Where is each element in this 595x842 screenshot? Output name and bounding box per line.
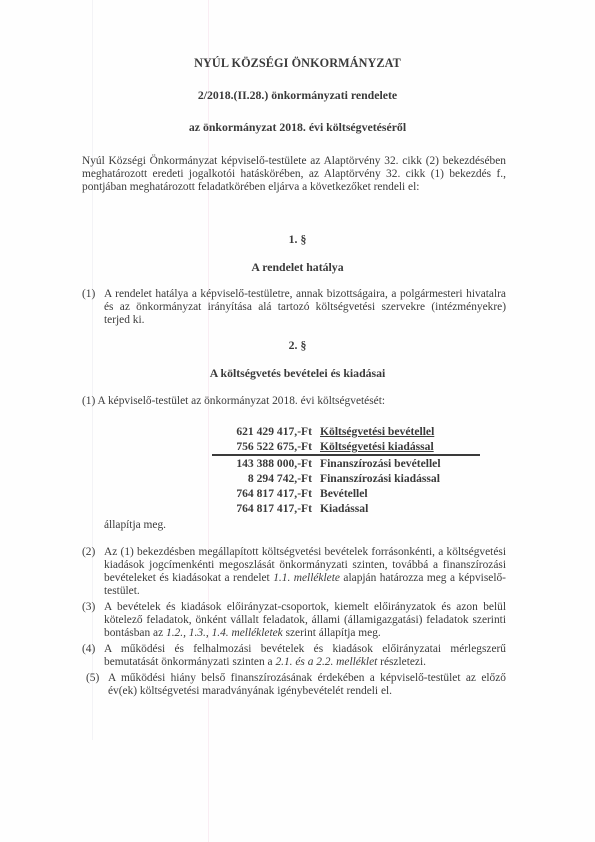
section-2-number: 2. § xyxy=(0,338,595,353)
budget-amount: 756 522 675,-Ft xyxy=(212,439,312,454)
paragraph-text: A működési és felhalmozási bevételek és … xyxy=(104,643,506,669)
paragraph-marker: (4) xyxy=(82,643,95,656)
budget-label: Bevétellel xyxy=(320,486,368,501)
budget-amount: 764 817 417,-Ft xyxy=(212,501,312,516)
budget-label: Kiadással xyxy=(320,501,368,516)
paragraph-1-1: (1) A rendelet hatálya a képviselő-testü… xyxy=(82,288,506,327)
paragraph-2-3: (3) A bevételek és kiadások előirányzat-… xyxy=(82,601,506,640)
annex-reference: 1.1. melléklete xyxy=(273,572,340,584)
budget-label: Finanszírozási bevétellel xyxy=(320,456,441,471)
paragraph-2-4: (4) A működési és felhalmozási bevételek… xyxy=(82,643,506,669)
paragraph-text: A bevételek és kiadások előirányzat-csop… xyxy=(104,601,506,640)
budget-table: 621 429 417,-FtKöltségvetési bevétellel7… xyxy=(212,424,480,516)
paragraph-marker: (3) xyxy=(82,601,95,614)
budget-label: Finanszírozási kiadással xyxy=(320,471,440,486)
budget-amount: 621 429 417,-Ft xyxy=(212,424,312,439)
paragraph-marker: (1) xyxy=(82,288,95,301)
issuer-title: NYÚL KÖZSÉGI ÖNKORMÁNYZAT xyxy=(0,56,595,71)
budget-label: Költségvetési kiadással xyxy=(320,439,434,454)
paragraph-text: A rendelet hatálya a képviselő-testületr… xyxy=(104,288,506,327)
paragraph-2-2: (2) Az (1) bekezdésben megállapított köl… xyxy=(82,546,506,598)
section-2-title: A költségvetés bevételei és kiadásai xyxy=(0,366,595,381)
paragraph-2-1-close: állapítja meg. xyxy=(104,519,166,531)
paragraph-text: A működési hiány belső finanszírozásának… xyxy=(108,672,506,698)
paragraph-2-5: (5) A működési hiány belső finanszírozás… xyxy=(86,672,506,698)
budget-row: 764 817 417,-FtBevétellel xyxy=(212,486,480,501)
budget-label: Költségvetési bevétellel xyxy=(320,424,434,439)
annex-reference: 1.2., 1.3., 1.4. mellékletek xyxy=(166,627,283,639)
document-page: NYÚL KÖZSÉGI ÖNKORMÁNYZAT 2/2018.(II.28.… xyxy=(0,0,595,842)
preamble: Nyúl Községi Önkormányzat képviselő-test… xyxy=(82,155,506,194)
annex-reference: 2.1. és a 2.2. melléklet xyxy=(275,656,377,668)
budget-row: 764 817 417,-FtKiadással xyxy=(212,501,480,516)
section-1-title: A rendelet hatálya xyxy=(0,260,595,275)
paragraph-2-1-intro: (1) A képviselő-testület az önkormányzat… xyxy=(82,395,385,408)
budget-row: 143 388 000,-FtFinanszírozási bevétellel xyxy=(212,456,480,471)
decree-subject: az önkormányzat 2018. évi költségvetésér… xyxy=(0,120,595,135)
budget-row: 621 429 417,-FtKöltségvetési bevétellel xyxy=(212,424,480,439)
budget-amount: 143 388 000,-Ft xyxy=(212,456,312,471)
paragraph-marker: (2) xyxy=(82,546,95,559)
section-1-number: 1. § xyxy=(0,232,595,247)
paragraph-text: Az (1) bekezdésben megállapított költség… xyxy=(104,546,506,598)
budget-row: 8 294 742,-FtFinanszírozási kiadással xyxy=(212,471,480,486)
budget-amount: 764 817 417,-Ft xyxy=(212,486,312,501)
budget-row: 756 522 675,-FtKöltségvetési kiadással xyxy=(212,439,480,454)
decree-number: 2/2018.(II.28.) önkormányzati rendelete xyxy=(0,88,595,103)
budget-amount: 8 294 742,-Ft xyxy=(212,471,312,486)
paragraph-marker: (5) xyxy=(86,672,99,685)
